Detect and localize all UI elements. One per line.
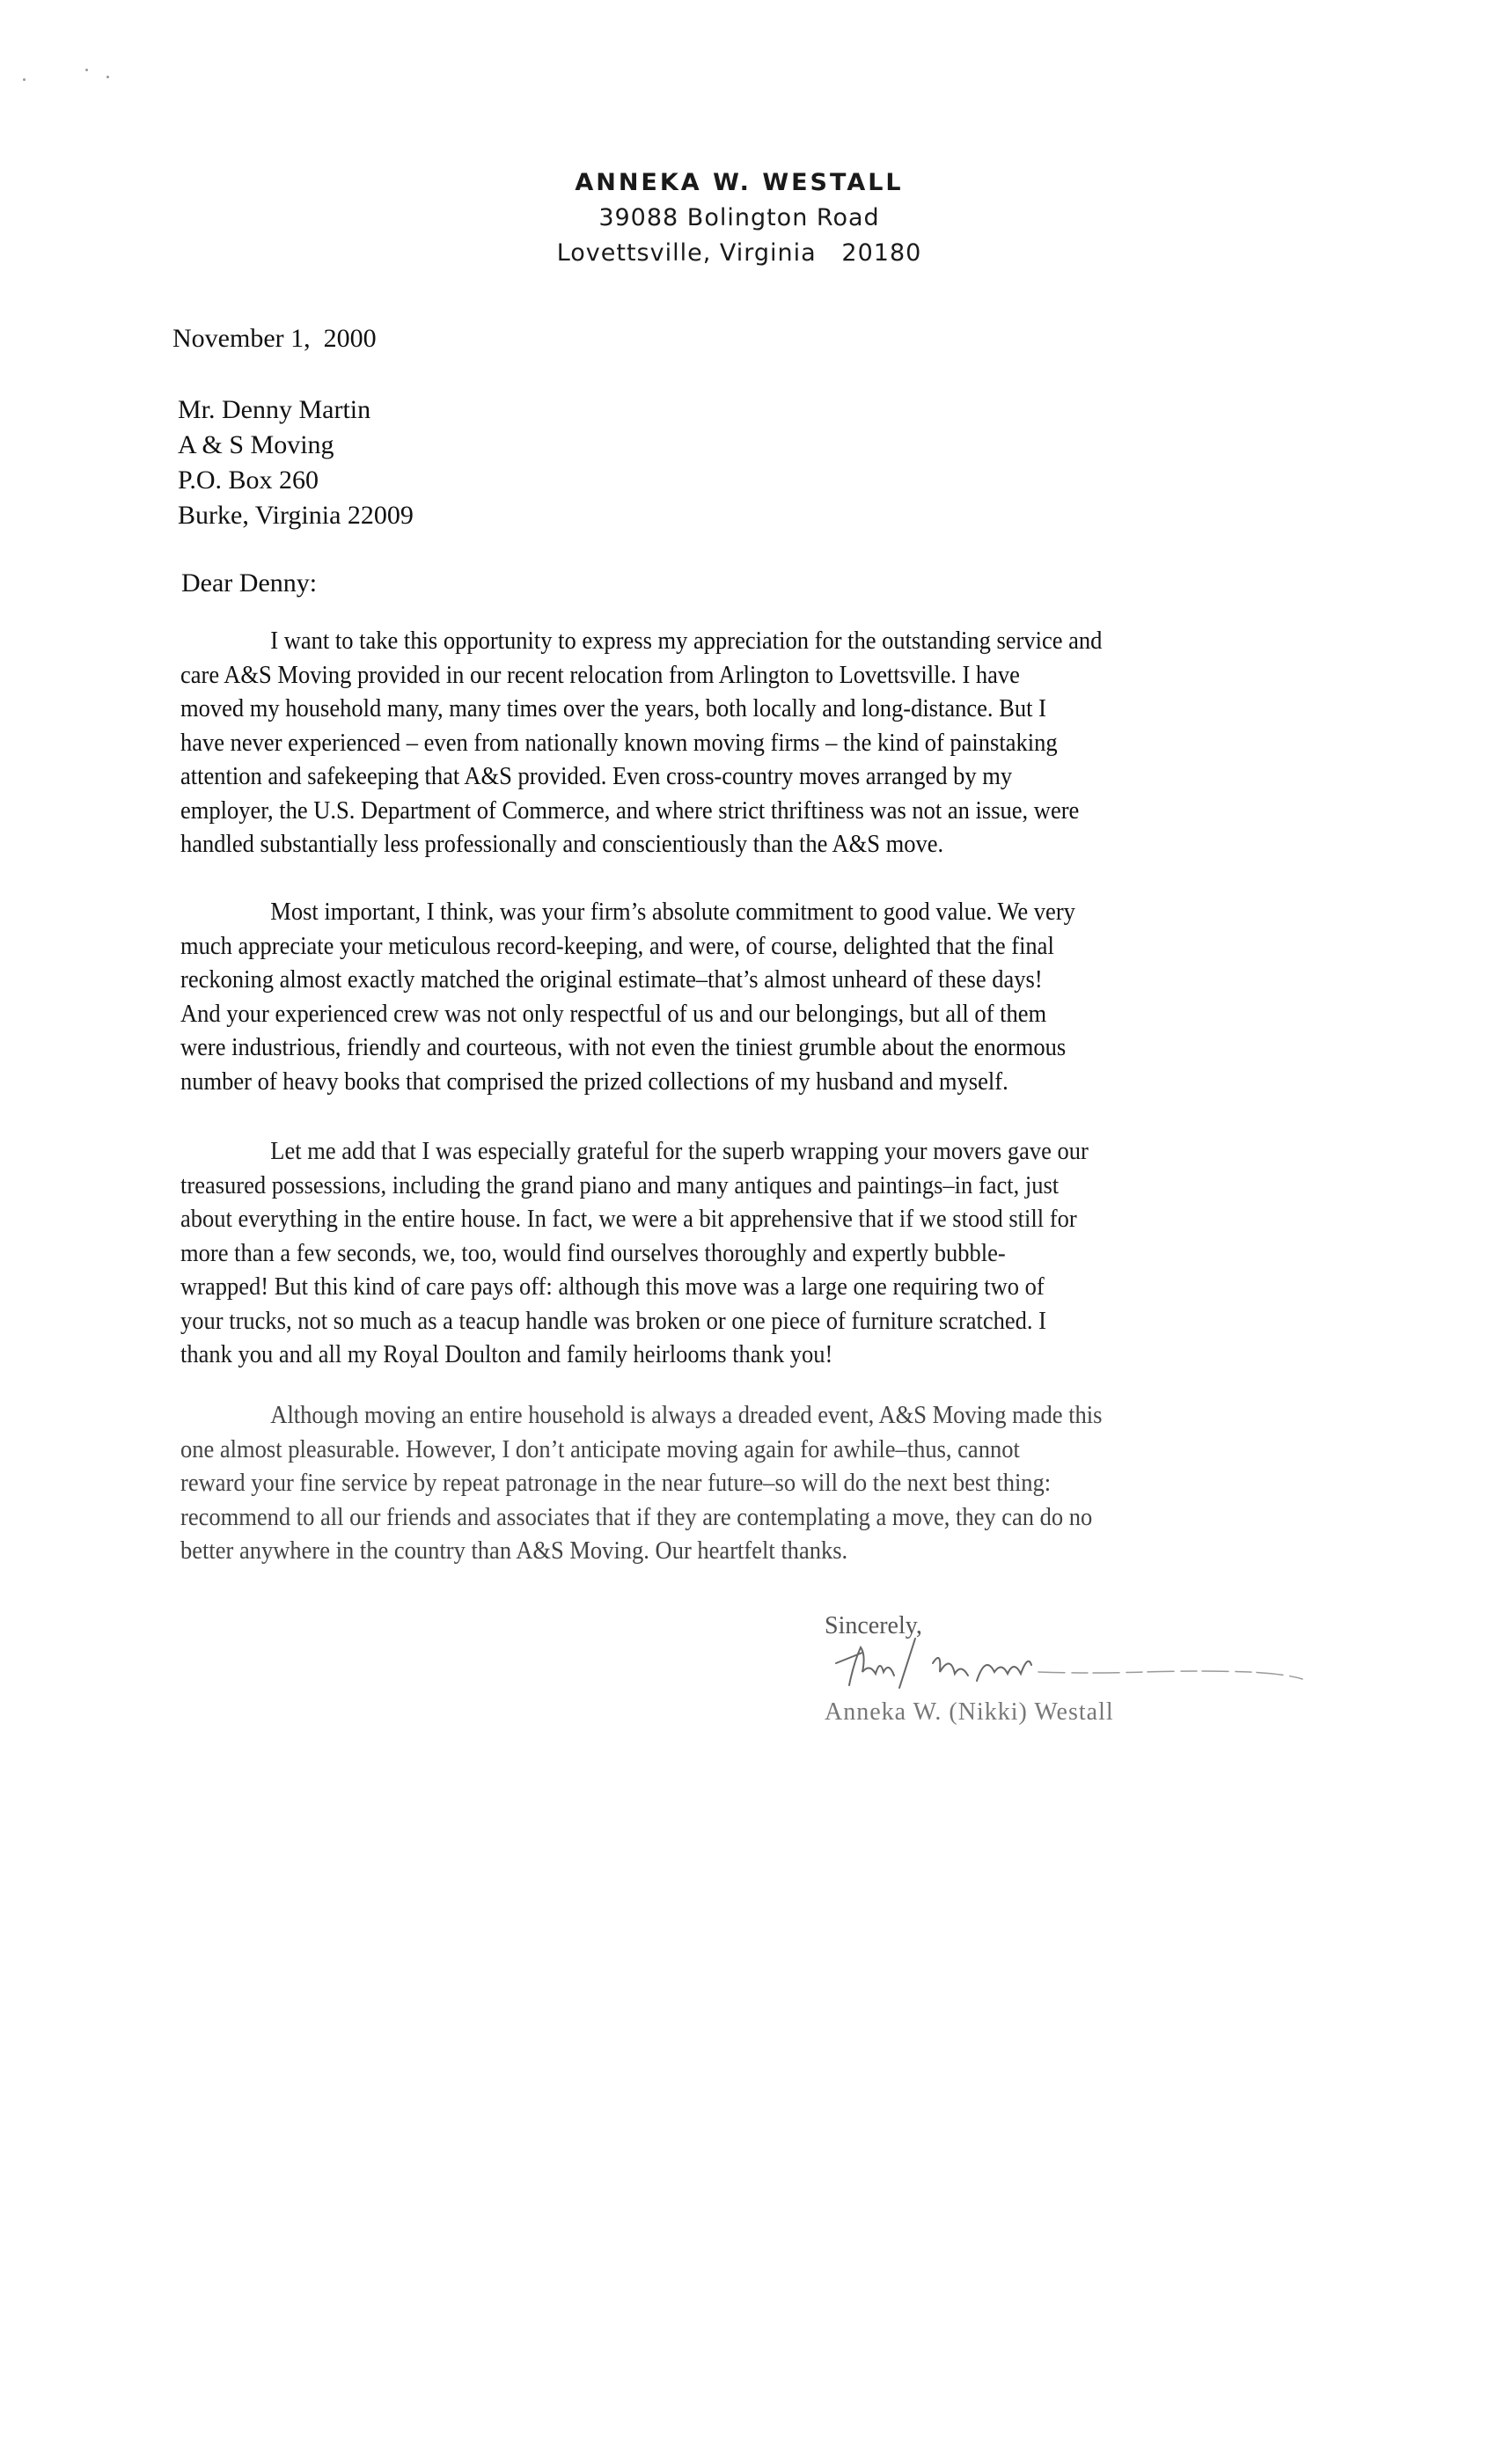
recipient-address: Mr. Denny Martin A & S Moving P.O. Box 2… [178, 392, 414, 533]
scan-speck [23, 78, 26, 81]
letter-page: ANNEKA W. WESTALL 39088 Bolington Road L… [0, 0, 1496, 2464]
sender-city: Lovettsville, Virginia 20180 [493, 236, 986, 271]
paragraph-line: more than a few seconds, we, too, would … [180, 1237, 1277, 1272]
paragraph-line: Let me add that I was especially gratefu… [180, 1135, 1277, 1170]
paragraph-line: thank you and all my Royal Doulton and f… [180, 1338, 1277, 1373]
body-paragraph: Although moving an entire household is a… [180, 1399, 1360, 1569]
salutation: Dear Denny: [181, 568, 317, 598]
paragraph-line: care A&S Moving provided in our recent r… [180, 659, 1277, 693]
paragraph-line: about everything in the entire house. In… [180, 1203, 1277, 1237]
sender-name: ANNEKA W. WESTALL [493, 165, 986, 201]
handwritten-signature [827, 1637, 1338, 1690]
paragraph-line: treasured possessions, including the gra… [180, 1170, 1277, 1204]
paragraph-line: And your experienced crew was not only r… [180, 998, 1277, 1032]
paragraph-line: wrapped! But this kind of care pays off:… [180, 1271, 1277, 1305]
paragraph-line: were industrious, friendly and courteous… [180, 1031, 1277, 1066]
letter-date: November 1, 2000 [172, 324, 377, 354]
letterhead: ANNEKA W. WESTALL 39088 Bolington Road L… [493, 165, 986, 271]
body-paragraph: Let me add that I was especially gratefu… [180, 1135, 1360, 1373]
body-paragraph: I want to take this opportunity to expre… [180, 625, 1360, 862]
paragraph-line: moved my household many, many times over… [180, 693, 1277, 727]
paragraph-line: I want to take this opportunity to expre… [180, 625, 1277, 659]
recipient-city: Burke, Virginia 22009 [178, 498, 414, 533]
paragraph-line: your trucks, not so much as a teacup han… [180, 1305, 1277, 1339]
paragraph-line: one almost pleasurable. However, I don’t… [180, 1434, 1277, 1468]
paragraph-line: Most important, I think, was your firm’s… [180, 896, 1277, 930]
paragraph-line: much appreciate your meticulous record-k… [180, 930, 1277, 964]
recipient-po-box: P.O. Box 260 [178, 463, 414, 498]
paragraph-line: number of heavy books that comprised the… [180, 1066, 1277, 1100]
paragraph-line: employer, the U.S. Department of Commerc… [180, 795, 1277, 829]
paragraph-line: reckoning almost exactly matched the ori… [180, 964, 1277, 998]
sender-street: 39088 Bolington Road [493, 201, 986, 236]
paragraph-line: reward your fine service by repeat patro… [180, 1467, 1277, 1501]
recipient-company: A & S Moving [178, 428, 414, 463]
paragraph-line: handled substantially less professionall… [180, 828, 1277, 862]
paragraph-line: attention and safekeeping that A&S provi… [180, 760, 1277, 795]
signer-name: Anneka W. (Nikki) Westall [825, 1698, 1114, 1727]
paragraph-line: better anywhere in the country than A&S … [180, 1535, 1277, 1569]
paragraph-line: Although moving an entire household is a… [180, 1399, 1277, 1434]
paragraph-line: have never experienced – even from natio… [180, 727, 1277, 761]
scan-speck [85, 69, 88, 71]
body-paragraph: Most important, I think, was your firm’s… [180, 896, 1360, 1099]
scan-speck [106, 76, 109, 78]
paragraph-line: recommend to all our friends and associa… [180, 1501, 1277, 1536]
recipient-name: Mr. Denny Martin [178, 392, 414, 428]
